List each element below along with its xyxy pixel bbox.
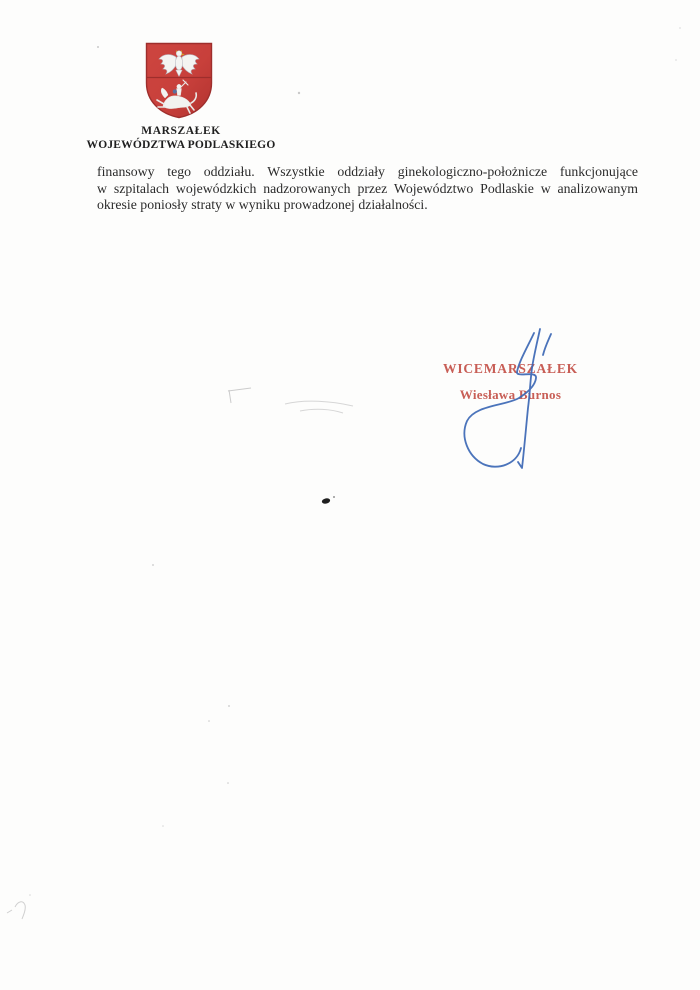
paragraph-line: okresie poniosły straty w wyniku prowadz… (97, 197, 638, 214)
letterhead-title-line1: MARSZAŁEK (66, 125, 296, 137)
scanned-letter-page: MARSZAŁEK WOJEWÓDZTWA PODLASKIEGO finans… (0, 0, 700, 990)
corner-pencil-scrawl (7, 894, 31, 919)
coat-of-arms-podlaskie-icon (144, 41, 214, 120)
handwritten-signature (455, 323, 565, 483)
paragraph-line: w szpitalach wojewódzkich nadzorowanych … (97, 181, 638, 198)
letterhead: MARSZAŁEK WOJEWÓDZTWA PODLASKIEGO (66, 125, 296, 151)
pencil-bracket (228, 388, 251, 403)
pencil-scribble (285, 401, 353, 413)
body-paragraph: finansowy tego oddziału. Wszystkie oddzi… (97, 164, 638, 214)
paragraph-line: finansowy tego oddziału. Wszystkie oddzi… (97, 164, 638, 181)
ink-dot (321, 497, 330, 504)
letterhead-title-line2: WOJEWÓDZTWA PODLASKIEGO (66, 139, 296, 151)
